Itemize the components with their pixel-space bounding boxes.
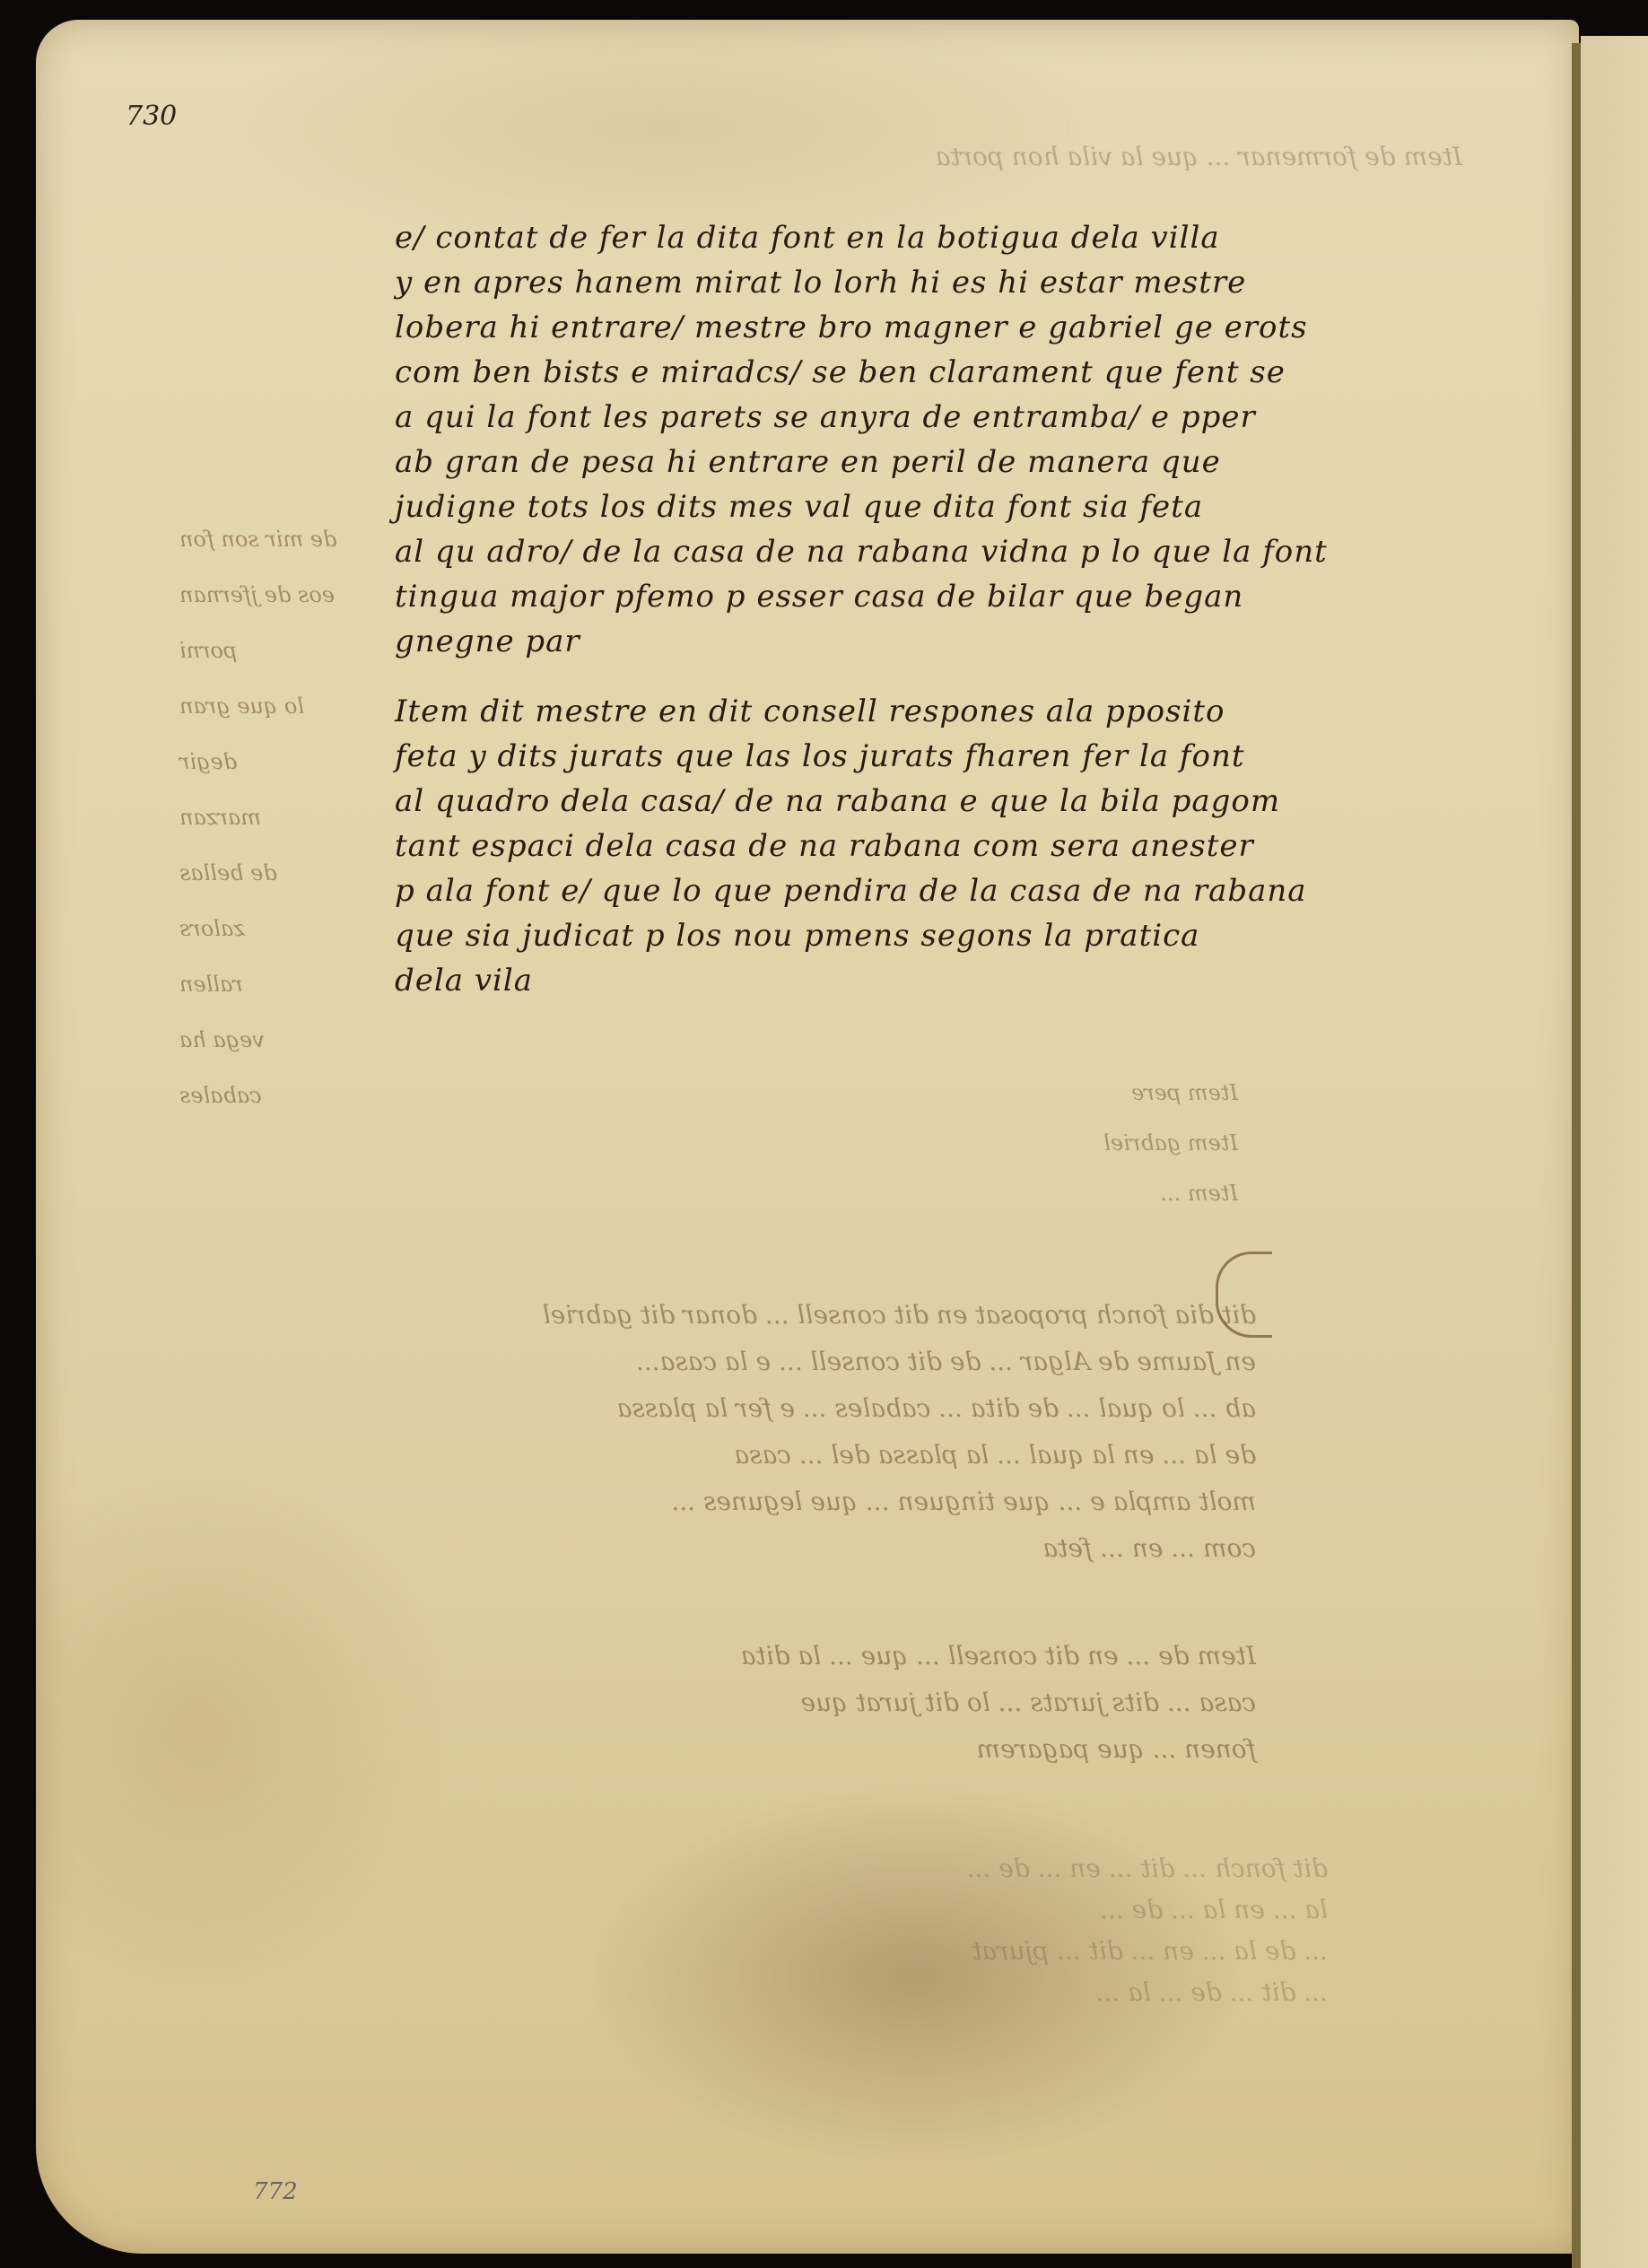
- text-line: a qui la font les parets se anyra de ent…: [395, 395, 1453, 440]
- text-line: p ala font e/ que lo que pendira de la c…: [395, 868, 1453, 913]
- text-line: tant espaci dela casa de na rabana com s…: [395, 824, 1453, 868]
- bleed-line: Item ...: [969, 1168, 1238, 1218]
- bleed-through-right-block: Item pere Item gabriel Item ...: [969, 1068, 1238, 1218]
- text-line: al quadro dela casa/ de na rabana e que …: [395, 779, 1453, 824]
- adjacent-leaf-edge: [1581, 36, 1648, 2268]
- bleed-line: Item gabriel: [969, 1118, 1238, 1168]
- bleed-line: Item de ... en dit consell ... que ... l…: [179, 1633, 1256, 1679]
- paragraph-2: Item dit mestre en dit consell respones …: [395, 689, 1453, 1003]
- bleed-line: ... dit ... de ... la ...: [161, 1972, 1328, 2013]
- bleed-line: en Jaume de Algar ... de dit consell ...…: [179, 1339, 1256, 1385]
- bleed-line: cabales: [179, 1068, 413, 1123]
- bleed-line: porni: [179, 623, 413, 678]
- bleed-through-paragraph-1: dit dia fonch proposat en dit consell ..…: [179, 1292, 1256, 1572]
- bleed-line: lo que gran: [179, 678, 413, 734]
- text-line: gnegne par: [395, 619, 1453, 664]
- bleed-line: eos de jfernan: [179, 567, 413, 623]
- bleed-line: dit dia fonch proposat en dit consell ..…: [179, 1292, 1256, 1339]
- bleed-through-top: Item de formenar ... que la vila hon por…: [924, 135, 1462, 179]
- text-line: judigne tots los dits mes val que dita f…: [395, 484, 1453, 529]
- bleed-line: marzan: [179, 789, 413, 845]
- text-line: Item dit mestre en dit consell respones …: [395, 689, 1453, 734]
- bleed-line: molt ampla e ... que tinguen ... que leg…: [179, 1479, 1256, 1525]
- bleed-line: ab ... lo qual ... de dita ... cabales .…: [179, 1385, 1256, 1432]
- binding-gutter: [1572, 43, 1581, 2268]
- text-line: ab gran de pesa hi entrare en peril de m…: [395, 440, 1453, 484]
- folio-number-bottom: 772: [253, 2178, 298, 2205]
- bleed-line: vega ha: [179, 1012, 413, 1068]
- bleed-line: dit fonch ... dit ... en ... de ...: [161, 1848, 1328, 1889]
- bleed-through-paragraph-3: dit fonch ... dit ... en ... de ... la .…: [161, 1848, 1328, 2013]
- bleed-line: com ... en ... feta: [179, 1525, 1256, 1572]
- main-text: e/ contat de fer la dita font en la boti…: [395, 215, 1453, 1003]
- bleed-line: ... de la ... en ... dit ... pjurat: [161, 1931, 1328, 1972]
- text-line: tingua major pfemo p esser casa de bilar…: [395, 574, 1453, 619]
- text-line: com ben bists e miradcs/ se ben claramen…: [395, 350, 1453, 395]
- text-line: y en apres hanem mirat lo lorh hi es hi …: [395, 260, 1453, 305]
- bleed-line: de bellas: [179, 845, 413, 901]
- text-line: que sia judicat p los nou pmens segons l…: [395, 913, 1453, 958]
- text-line: dela vila: [395, 958, 1453, 1003]
- paragraph-1: e/ contat de fer la dita font en la boti…: [395, 215, 1453, 664]
- bleed-line: Item pere: [969, 1068, 1238, 1118]
- bleed-through-paragraph-2: Item de ... en dit consell ... que ... l…: [179, 1633, 1256, 1773]
- text-line: al qu adro/ de la casa de na rabana vidn…: [395, 529, 1453, 574]
- bleed-through-left-margin: de mir son fon eos de jfernan porni lo q…: [179, 511, 413, 1123]
- bleed-line: fonen ... que pagarem: [179, 1726, 1256, 1773]
- text-line: feta y dits jurats que las los jurats fh…: [395, 734, 1453, 779]
- bleed-line: zalors: [179, 901, 413, 956]
- bleed-line: de la ... en la qual ... la plassa del .…: [179, 1432, 1256, 1479]
- bleed-line: casa ... dits jurats ... lo dit jurat qu…: [179, 1679, 1256, 1726]
- bleed-line: degir: [179, 734, 413, 789]
- text-line: e/ contat de fer la dita font en la boti…: [395, 215, 1453, 260]
- bleed-line: la ... en la ... de ...: [161, 1889, 1328, 1931]
- bleed-line: rallen: [179, 956, 413, 1012]
- bleed-line: de mir son fon: [179, 511, 413, 567]
- text-line: lobera hi entrare/ mestre bro magner e g…: [395, 305, 1453, 350]
- folio-number-top: 730: [126, 100, 177, 132]
